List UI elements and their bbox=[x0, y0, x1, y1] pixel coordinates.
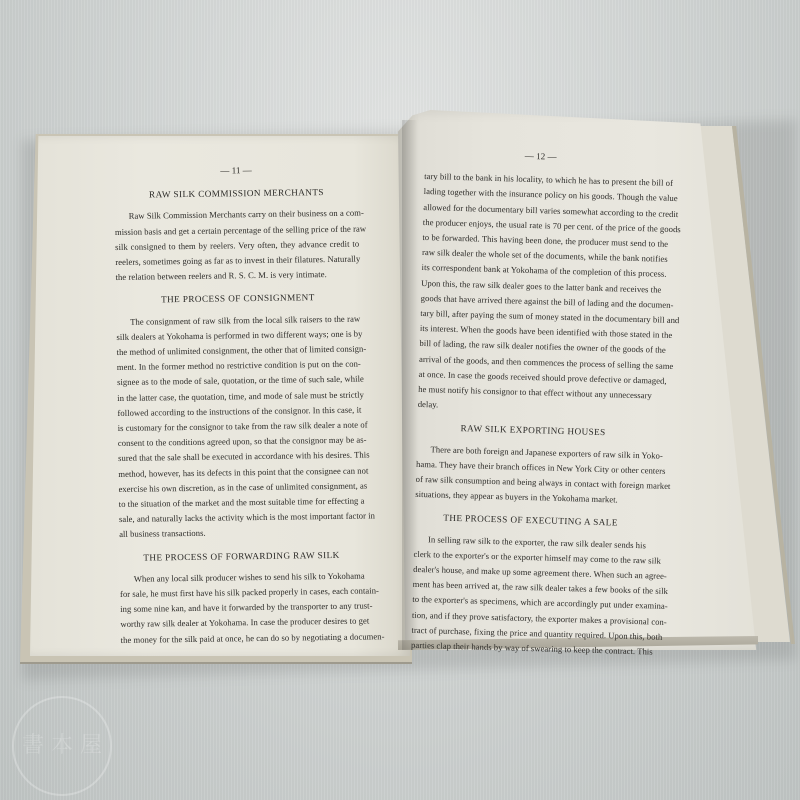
paragraph: tary bill to the bank in his locality, t… bbox=[418, 169, 657, 419]
text-line: the relation between reelers and R. S. C… bbox=[115, 267, 359, 286]
left-page-text: — 11 — RAW SILK COMMISSION MERCHANTS Raw… bbox=[114, 162, 365, 648]
paragraph: Raw Silk Commission Merchants carry on t… bbox=[115, 206, 360, 285]
section-heading: THE PROCESS OF CONSIGNMENT bbox=[116, 290, 360, 309]
page-number: — 11 — bbox=[114, 162, 358, 181]
section-heading: THE PROCESS OF EXECUTING A SALE bbox=[414, 510, 646, 532]
paragraph: There are both foreign and Japanese expo… bbox=[415, 442, 649, 509]
section-heading: RAW SILK COMMISSION MERCHANTS bbox=[114, 185, 358, 204]
circular-seal-icon: 書 本 屋 bbox=[12, 696, 112, 796]
section-heading: RAW SILK EXPORTING HOUSES bbox=[417, 420, 649, 442]
paragraph: In selling raw silk to the exporter, the… bbox=[411, 532, 646, 660]
text-line: all business transactions. bbox=[119, 524, 363, 543]
paragraph: The consignment of raw silk from the loc… bbox=[116, 311, 363, 542]
photo-scene: — 11 — RAW SILK COMMISSION MERCHANTS Raw… bbox=[0, 0, 800, 800]
right-page-text: — 12 — tary bill to the bank in his loca… bbox=[411, 146, 657, 660]
paragraph: When any local silk producer wishes to s… bbox=[120, 568, 365, 647]
watermark-text: 書 本 屋 bbox=[22, 734, 102, 758]
section-heading: THE PROCESS OF FORWARDING RAW SILK bbox=[119, 547, 363, 566]
